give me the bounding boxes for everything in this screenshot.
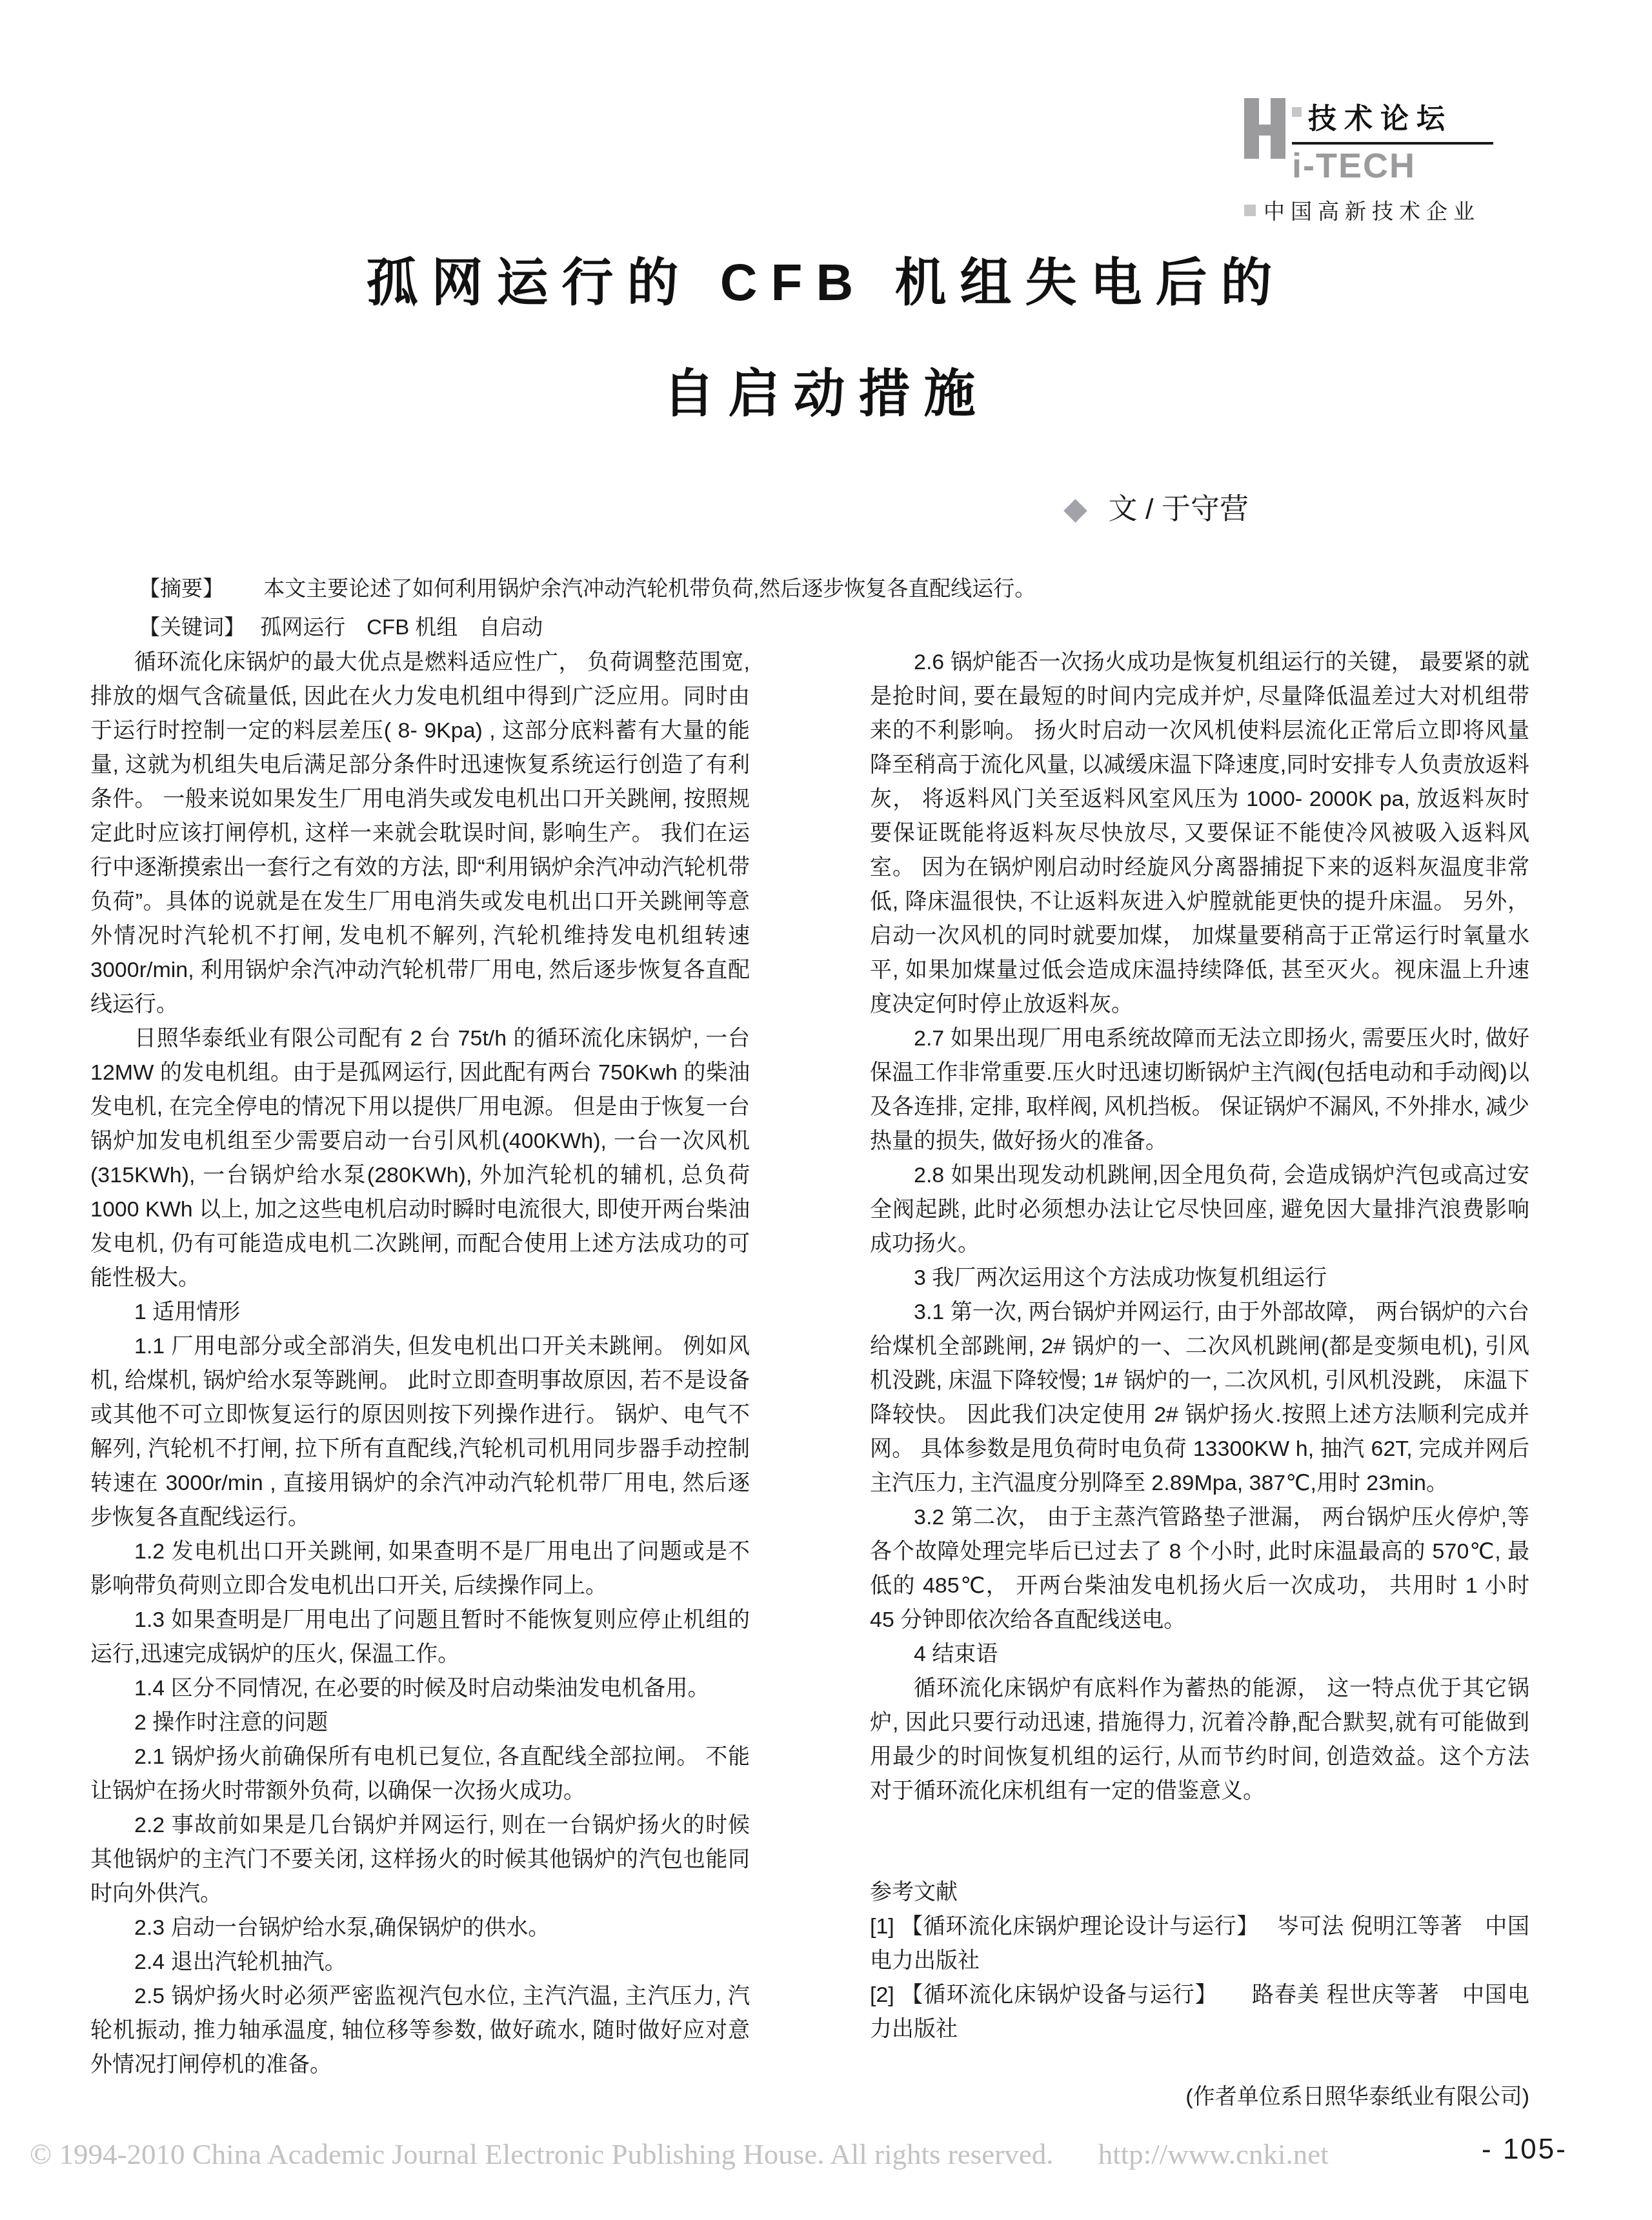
paragraph: 2.3 启动一台锅炉给水泵,确保锅炉的供水。	[90, 1911, 750, 1945]
footer-copyright-line: © 1994-2010 China Academic Journal Elect…	[30, 2137, 1329, 2171]
paragraph: 3.2 第二次， 由于主蒸汽管路垫子泄漏， 两台锅炉压火停炉,等各个故障处理完毕…	[870, 1500, 1529, 1637]
abstract-line: 【摘要】 本文主要论述了如何利用锅炉余汽冲动汽轮机带负荷,然后逐步恢复各直配线运…	[139, 569, 1520, 608]
masthead-tagline-text: 中国高新技术企业	[1264, 195, 1480, 225]
section-heading: 2 操作时注意的问题	[90, 1706, 750, 1740]
journal-page: 技术论坛 i-TECH 中国高新技术企业 孤网运行的 CFB 机组失电后的 自启…	[0, 0, 1652, 2220]
paragraph: 2.4 退出汽轮机抽汽。	[90, 1945, 750, 1979]
paragraph: 2.7 如果出现厂用电系统故障而无法立即扬火, 需要压火时, 做好保温工作非常重…	[870, 1022, 1529, 1158]
paragraph: 1.4 区分不同情况, 在必要的时候及时启动柴油发电机备用。	[90, 1671, 750, 1706]
keywords-text: 孤网运行 CFB 机组 自启动	[260, 615, 543, 639]
section-heading: 4 结束语	[870, 1637, 1529, 1671]
keywords-line: 【关键词】 孤网运行 CFB 机组 自启动	[139, 608, 1520, 647]
byline: ◆ 文 / 于守营	[90, 485, 1249, 527]
abstract-block: 【摘要】 本文主要论述了如何利用锅炉余汽冲动汽轮机带负荷,然后逐步恢复各直配线运…	[139, 569, 1520, 647]
paragraph: 2.5 锅炉扬火时必须严密监视汽包水位, 主汽汽温, 主汽压力, 汽轮机振动, …	[90, 1979, 750, 2082]
logo-h-crossbar	[1244, 125, 1285, 136]
gray-square-icon	[1244, 205, 1256, 216]
article-title: 孤网运行的 CFB 机组失电后的 自启动措施	[0, 227, 1652, 449]
page-number: - 105-	[1482, 2134, 1567, 2166]
paragraph: 2.1 锅炉扬火前确保所有电机已复位, 各直配线全部拉闸。 不能让锅炉在扬火时带…	[90, 1740, 750, 1808]
paragraph: 循环流化床锅炉的最大优点是燃料适应性广， 负荷调整范围宽, 排放的烟气含硫量低,…	[90, 645, 750, 1022]
abstract-label: 【摘要】	[139, 576, 224, 600]
paragraph: 1.2 发电机出口开关跳闸, 如果查明不是厂用电出了问题或是不影响带负荷则立即合…	[90, 1535, 750, 1603]
article-title-line1: 孤网运行的 CFB 机组失电后的	[0, 227, 1652, 338]
article-body: 循环流化床锅炉的最大优点是燃料适应性广， 负荷调整范围宽, 排放的烟气含硫量低,…	[90, 645, 1529, 2114]
hi-tech-logo-text: i-TECH	[1292, 146, 1493, 186]
masthead-forum-text: 技术论坛	[1308, 96, 1453, 137]
left-column: 循环流化床锅炉的最大优点是燃料适应性广， 负荷调整范围宽, 排放的烟气含硫量低,…	[90, 645, 750, 2114]
abstract-text: 本文主要论述了如何利用锅炉余汽冲动汽轮机带负荷,然后逐步恢复各直配线运行。	[263, 576, 1036, 600]
reference-item: [2] 【循环流化床锅炉设备与运行】 路春美 程世庆等著 中国电力出版社	[870, 1978, 1529, 2046]
paragraph: 2.6 锅炉能否一次扬火成功是恢复机组运行的关键， 最要紧的就是抢时间, 要在最…	[870, 645, 1529, 1022]
reference-item: [1] 【循环流化床锅炉理论设计与运行】 岑可法 倪明江等著 中国电力出版社	[870, 1910, 1529, 1978]
masthead-top-row: 技术论坛 i-TECH	[1244, 96, 1493, 186]
article-title-line2: 自启动措施	[0, 338, 1652, 449]
author-affiliation-note: (作者单位系日照华泰纸业有限公司)	[870, 2080, 1529, 2114]
section-heading: 3 我厂两次运用这个方法成功恢复机组运行	[870, 1261, 1529, 1295]
diamond-icon: ◆	[1063, 492, 1087, 526]
paragraph: 1.3 如果查明是厂用电出了问题且暂时不能恢复则应停止机组的运行,迅速完成锅炉的…	[90, 1603, 750, 1671]
paragraph: 日照华泰纸业有限公司配有 2 台 75t/h 的循环流化床锅炉, 一台 12MW…	[90, 1022, 750, 1295]
footer-url: http://www.cnki.net	[1098, 2138, 1329, 2170]
masthead-right: 技术论坛 i-TECH	[1292, 96, 1493, 186]
masthead-tagline: 中国高新技术企业	[1244, 195, 1493, 225]
keywords-label: 【关键词】	[139, 615, 245, 639]
paragraph: 1.1 厂用电部分或全部消失, 但发电机出口开关未跳闸。 例如风机, 给煤机, …	[90, 1329, 750, 1535]
byline-author: 文 / 于守营	[1108, 492, 1249, 525]
paragraph: 2.8 如果出现发动机跳闸,因全甩负荷, 会造成锅炉汽包或高过安全阀起跳, 此时…	[870, 1158, 1529, 1261]
section-heading: 1 适用情形	[90, 1295, 750, 1329]
masthead-forum-line: 技术论坛	[1292, 96, 1493, 145]
right-column: 2.6 锅炉能否一次扬火成功是恢复机组运行的关键， 最要紧的就是抢时间, 要在最…	[870, 645, 1529, 2114]
paragraph: 2.2 事故前如果是几台锅炉并网运行, 则在一台锅炉扬火的时候其他锅炉的主汽门不…	[90, 1808, 750, 1911]
hi-tech-logo-h	[1244, 98, 1285, 159]
references-heading: 参考文献	[870, 1875, 1529, 1910]
footer-copyright-text: © 1994-2010 China Academic Journal Elect…	[30, 2138, 1053, 2170]
gray-square-icon	[1292, 107, 1302, 117]
paragraph: 3.1 第一次, 两台锅炉并网运行, 由于外部故障， 两台锅炉的六台给煤机全部跳…	[870, 1295, 1529, 1500]
journal-masthead: 技术论坛 i-TECH 中国高新技术企业	[1244, 96, 1493, 225]
paragraph: 循环流化床锅炉有底料作为蓄热的能源， 这一特点优于其它锅炉, 因此只要行动迅速,…	[870, 1671, 1529, 1808]
